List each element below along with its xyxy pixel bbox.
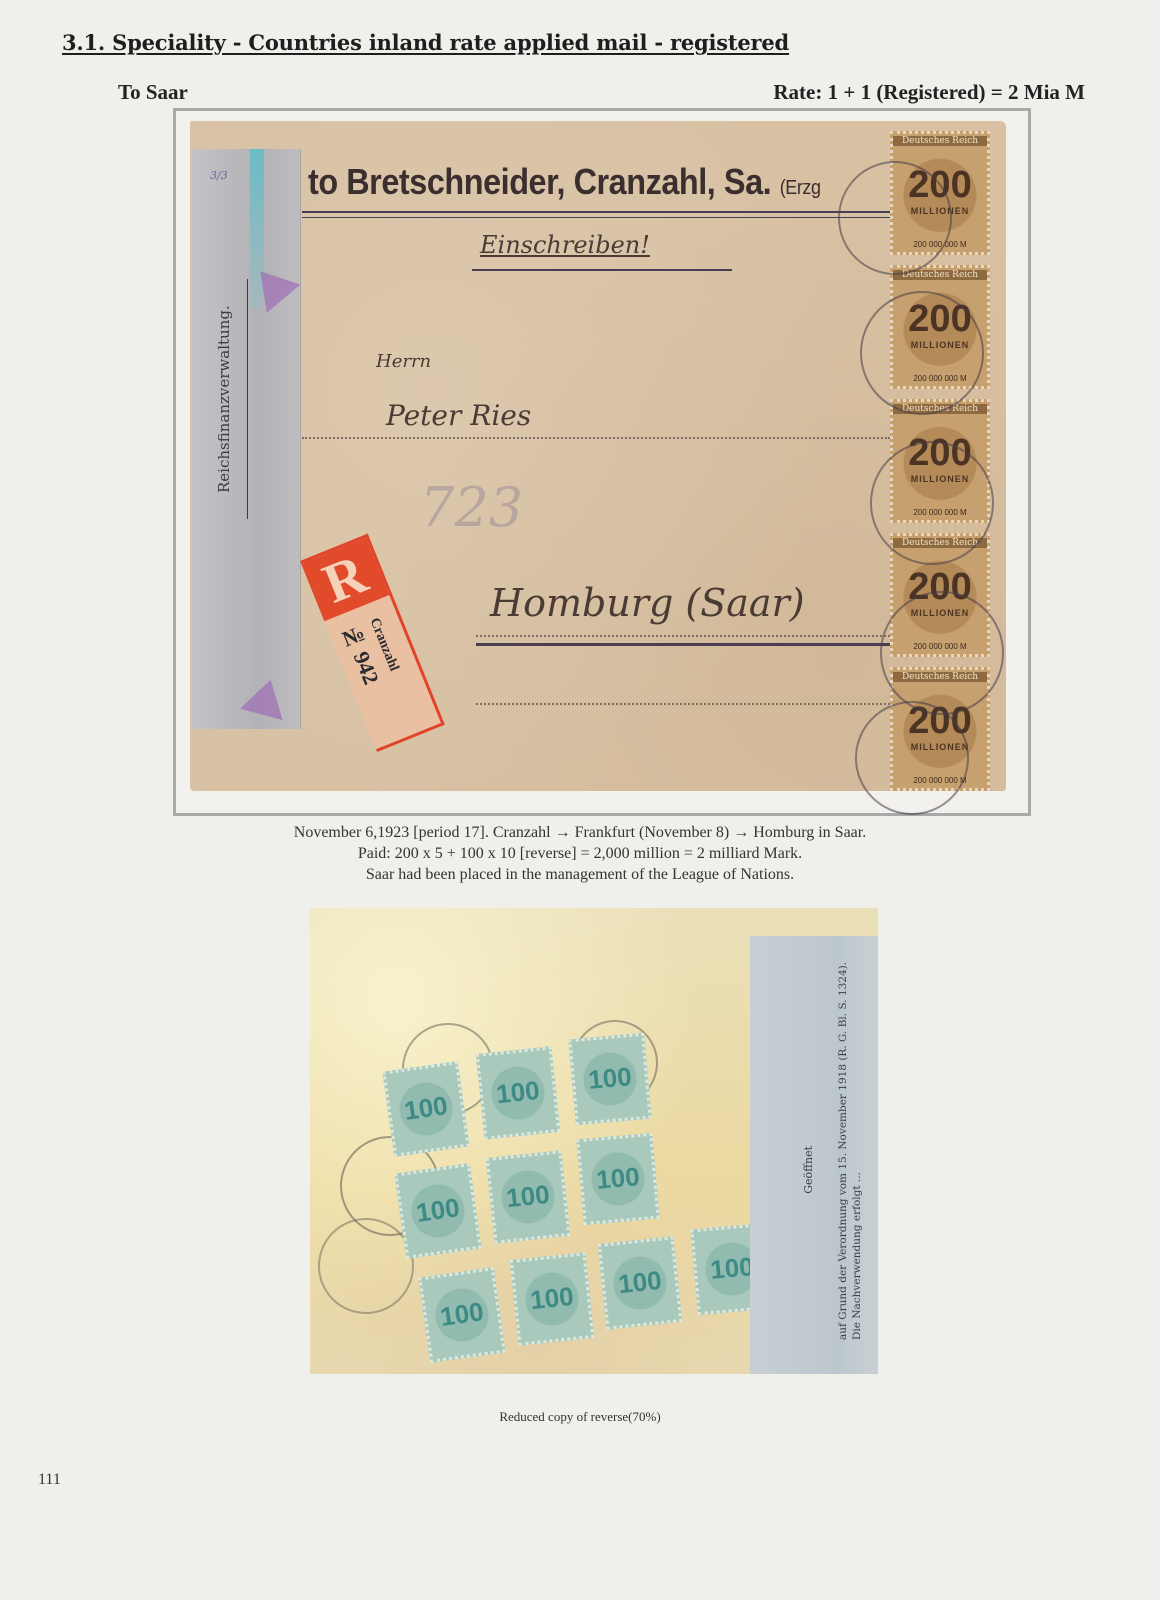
- postmark: [855, 701, 969, 815]
- stamp-100-millionen: 100: [394, 1163, 481, 1259]
- letterhead-suffix: (Erzg: [780, 177, 821, 199]
- censor-title: Geöffnet: [802, 1146, 815, 1194]
- caption-line-2: Paid: 200 x 5 + 100 x 10 [reverse] = 2,0…: [0, 843, 1160, 864]
- letterhead-main: to Bretschneider, Cranzahl, Sa.: [308, 161, 771, 202]
- reverse-censor-strip: Geöffnet auf Grund der Verordnung vom 15…: [750, 936, 878, 1374]
- page-number: 111: [38, 1471, 61, 1489]
- stamp-100-millionen: 100: [486, 1150, 571, 1243]
- stamp-100-millionen: 100: [476, 1046, 561, 1139]
- front-caption: November 6,1923 [period 17]. Cranzahl → …: [0, 822, 1160, 885]
- registration-r: R: [301, 538, 389, 622]
- address-line: [302, 437, 890, 439]
- letterhead-rule: [302, 217, 892, 218]
- censor-strip-text: Reichsfinanzverwaltung.: [204, 279, 248, 519]
- stamp-header: Deutsches Reich: [893, 136, 987, 146]
- destination-label: To Saar: [118, 80, 188, 105]
- postmark: [318, 1218, 414, 1314]
- postmark: [880, 591, 1004, 715]
- section-title: 3.1. Speciality - Countries inland rate …: [62, 30, 789, 55]
- handwriting-salutation: Herrn: [376, 351, 431, 372]
- reverse-caption: Reduced copy of reverse(70%): [0, 1409, 1160, 1425]
- pencil-number: 723: [420, 476, 523, 539]
- pencil-note: 3/3: [210, 169, 228, 182]
- front-cover-image: 3/3 Reichsfinanzverwaltung. to Bretschne…: [173, 108, 1031, 816]
- handwriting-registered: Einschreiben!: [480, 231, 650, 259]
- address-line: [476, 635, 890, 637]
- stamp-100-millionen: 100: [510, 1252, 595, 1345]
- caption-line-1: November 6,1923 [period 17]. Cranzahl → …: [0, 822, 1160, 843]
- address-rule: [476, 643, 896, 646]
- censor-text: auf Grund der Verordnung vom 15. Novembe…: [836, 960, 864, 1340]
- stamp-100-millionen: 100: [382, 1061, 469, 1157]
- postmark: [860, 291, 984, 415]
- violet-censor-mark: [240, 674, 292, 720]
- registration-label: R Cranzahl № 942: [300, 534, 445, 752]
- stamp-100-millionen: 100: [568, 1033, 651, 1125]
- handwriting-city: Homburg (Saar): [490, 581, 805, 625]
- letterhead: to Bretschneider, Cranzahl, Sa. (Erzg: [308, 161, 821, 203]
- underline: [472, 269, 732, 271]
- reverse-cover-image: 100 100 100 100 100 100 100 100 100 100 …: [310, 908, 878, 1374]
- address-line: [476, 703, 890, 705]
- caption-line-3: Saar had been placed in the management o…: [0, 864, 1160, 885]
- postmark: [870, 441, 994, 565]
- handwriting-addressee: Peter Ries: [386, 399, 531, 432]
- rate-label: Rate: 1 + 1 (Registered) = 2 Mia M: [773, 80, 1085, 105]
- stamp-100-millionen: 100: [598, 1236, 683, 1329]
- envelope-front: 3/3 Reichsfinanzverwaltung. to Bretschne…: [190, 121, 1006, 791]
- postmark: [838, 161, 952, 275]
- stamp-100-millionen: 100: [576, 1133, 659, 1225]
- letterhead-rule: [302, 211, 892, 213]
- stamp-100-millionen: 100: [418, 1267, 505, 1363]
- censor-strip: 3/3 Reichsfinanzverwaltung.: [192, 149, 301, 729]
